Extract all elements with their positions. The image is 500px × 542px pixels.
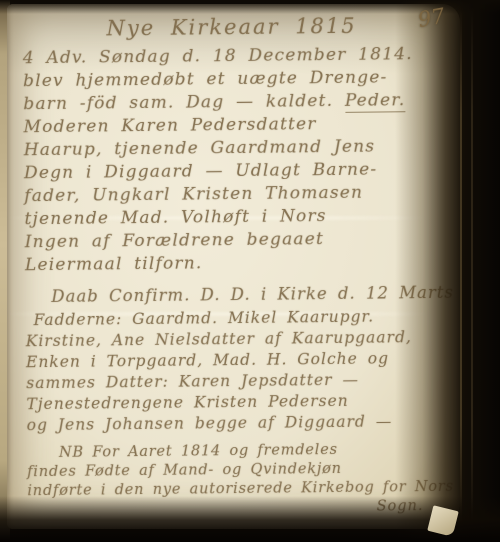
page-number: 97 [416,4,446,32]
manuscript-line: Enken i Torpgaard, Mad. H. Golche og [26,348,450,373]
stacked-page-edge [471,10,473,528]
confirmation-line: Daab Confirm. D. D. i Kirke d. 12 Marts [25,281,449,308]
entry-heading: Nye Kirkeaar 1815 [22,10,446,44]
manuscript-line: Leiermaal tilforn. [25,250,449,277]
line-text: barn -föd sam. Dag — kaldet. [23,91,333,114]
handwritten-entry: Nye Kirkeaar 1815 4 Adv. Søndag d. 18 De… [22,10,451,519]
scanned-register-page: Nye Kirkeaar 1815 4 Adv. Søndag d. 18 De… [0,0,500,542]
bottom-vignette [0,496,500,542]
book-gutter-shadow [395,0,500,542]
witnesses-paragraph: Fadderne: Gaardmd. Mikel Kaarupgr. Kirst… [25,306,450,436]
baptism-entry-paragraph: 4 Adv. Søndag d. 18 December 1814. blev … [23,43,449,277]
manuscript-line: og Jens Johansen begge af Diggaard — [27,411,451,436]
stacked-page-edge [460,10,462,528]
manuscript-line: barn -föd sam. Dag — kaldet. Peder. [23,89,447,116]
manuscript-paper: Nye Kirkeaar 1815 4 Adv. Søndag d. 18 De… [7,4,460,529]
